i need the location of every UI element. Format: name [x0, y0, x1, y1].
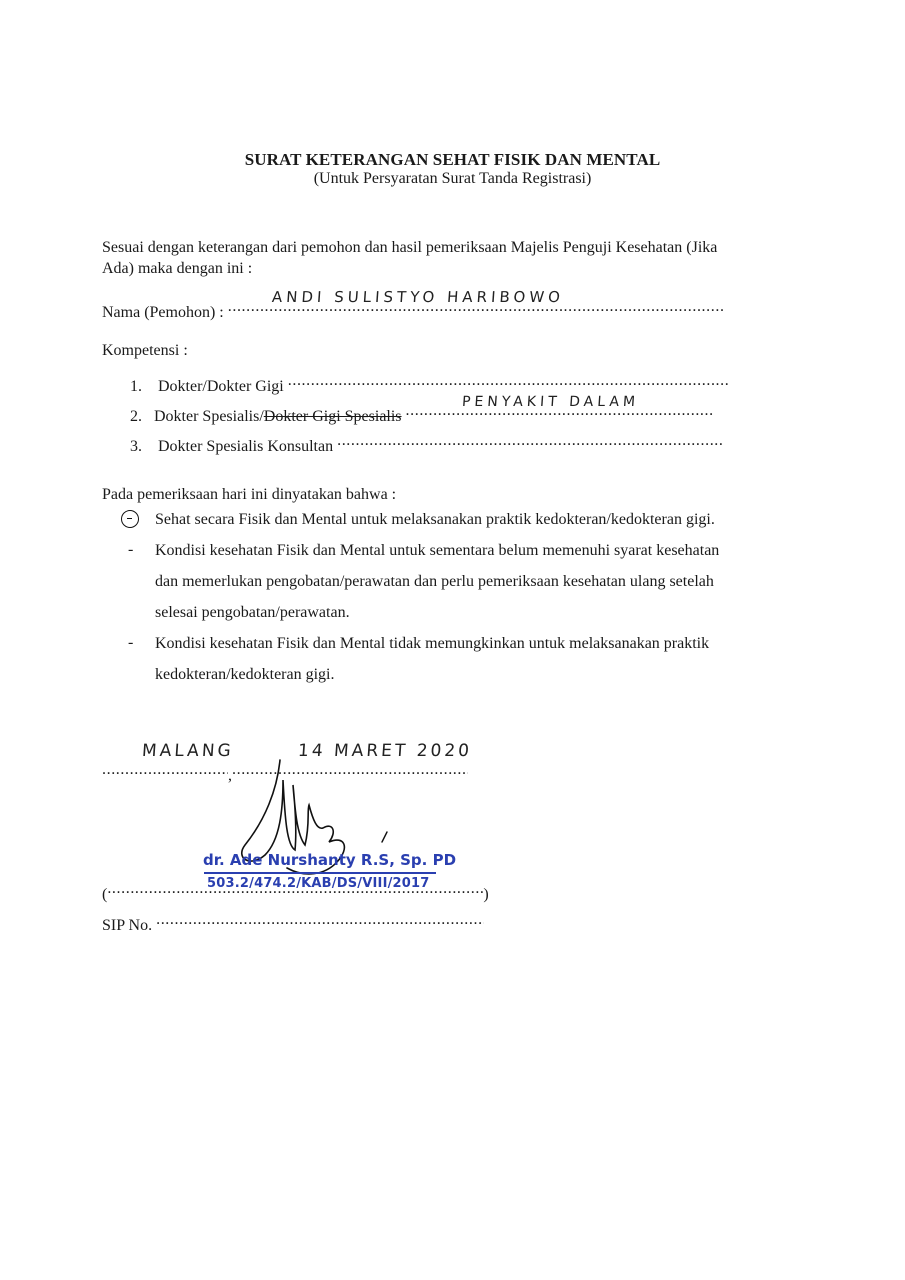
competence-number: 2.	[130, 407, 154, 427]
place-dotted-line: ........................................…	[102, 760, 228, 780]
sip-dotted-line: ........................................…	[156, 910, 484, 930]
doctor-stamp-sip-number: 503.2/474.2/KAB/DS/VIII/2017	[207, 876, 430, 891]
place-handwritten: MALANG	[141, 741, 234, 761]
sip-label: SIP No.	[102, 917, 152, 934]
competence-label-text: Dokter/Dokter Gigi	[158, 378, 284, 395]
competence-struck-text: Dokter Gigi Spesialis	[264, 408, 402, 425]
stamp-underline	[204, 872, 436, 874]
document-subtitle: (Untuk Persyaratan Surat Tanda Registras…	[0, 170, 905, 188]
statement-2-line-3: selesai pengobatan/perawatan.	[155, 603, 350, 623]
intro-line-2: Ada) maka dengan ini :	[102, 259, 252, 279]
statement-2-line-1: Kondisi kesehatan Fisik dan Mental untuk…	[155, 541, 719, 561]
paren-close: )	[483, 886, 488, 903]
name-handwritten-value: ANDI SULISTYO HARIBOWO	[271, 288, 564, 306]
dash-bullet-icon: -	[128, 541, 138, 559]
intro-line-1: Sesuai dengan keterangan dari pemohon da…	[102, 238, 717, 258]
competence-label-text: Dokter Spesialis Konsultan	[158, 438, 333, 455]
competence-item-3: 3. Dokter Spesialis Konsultan ..........…	[130, 431, 722, 457]
document-title: SURAT KETERANGAN SEHAT FISIK DAN MENTAL	[0, 150, 905, 170]
competence-number: 1.	[130, 377, 154, 397]
statement-label: Pada pemeriksaan hari ini dinyatakan bah…	[102, 485, 396, 505]
statement-2-line-2: dan memerlukan pengobatan/perawatan dan …	[155, 572, 714, 592]
competence-dotted-line: ........................................…	[337, 431, 722, 451]
competence-dotted-line: ........................................…	[288, 371, 728, 391]
specialty-handwritten-value: PENYAKIT DALAM	[461, 394, 639, 410]
sip-field: SIP No. ................................…	[102, 910, 484, 936]
statement-3-line-2: kedokteran/kedokteran gigi.	[155, 665, 335, 685]
statement-1-line-1: Sehat secara Fisik dan Mental untuk mela…	[155, 510, 715, 530]
signature-icon	[225, 750, 425, 890]
name-label: Nama (Pemohon) :	[102, 304, 224, 321]
dash-bullet-icon: -	[128, 634, 138, 652]
competence-label-text: Dokter Spesialis/	[154, 408, 264, 425]
circled-selection-icon	[121, 510, 139, 528]
statement-3-line-1: Kondisi kesehatan Fisik dan Mental tidak…	[155, 634, 709, 654]
competence-label: Kompetensi :	[102, 341, 188, 361]
competence-number: 3.	[130, 437, 154, 457]
doctor-stamp-name: dr. Ade Nurshanty R.S, Sp. PD	[203, 851, 456, 869]
